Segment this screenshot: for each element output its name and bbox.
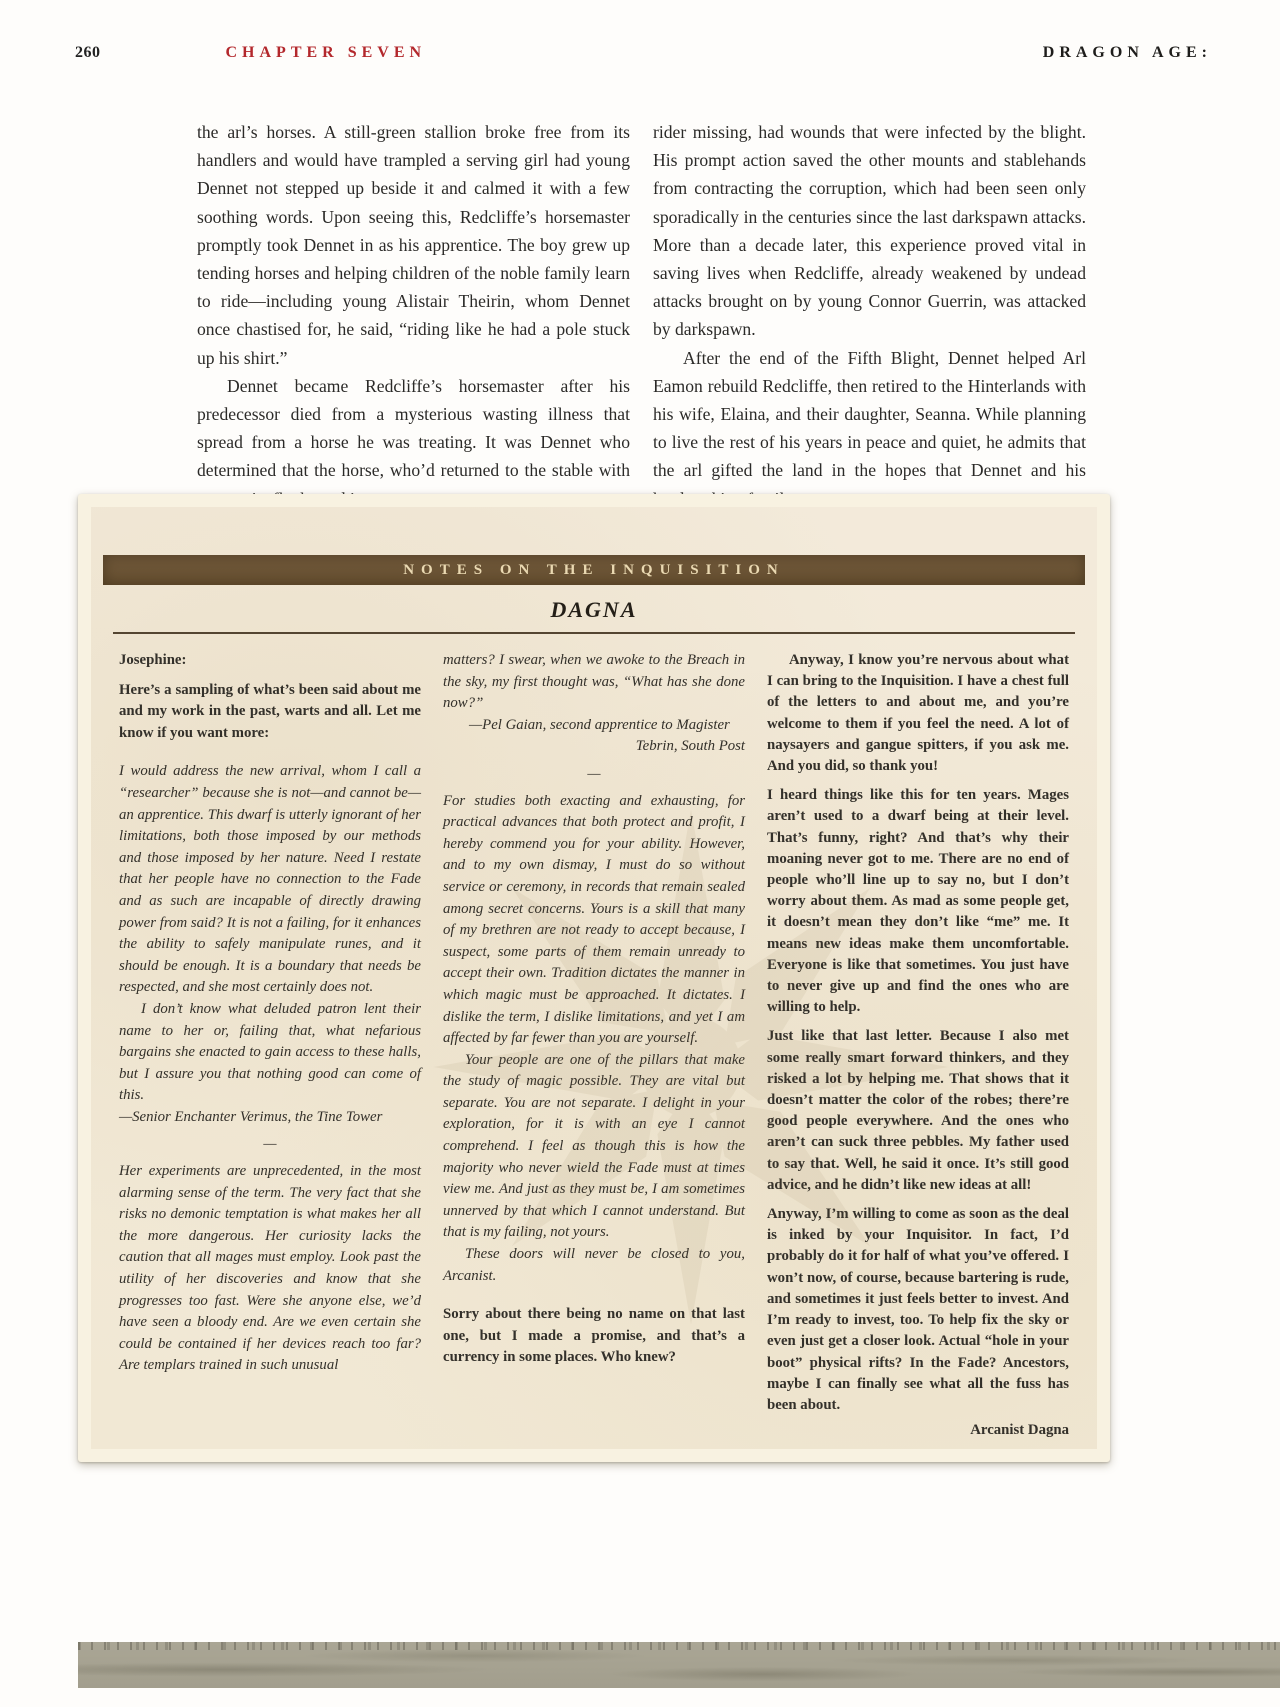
inset-column-3: Anyway, I know you’re nervous about what…	[767, 650, 1069, 1441]
section-divider: —	[443, 764, 745, 786]
note-paragraph: Sorry about there being no name on that …	[443, 1304, 745, 1369]
article-body: the arl’s horses. A still-green stallion…	[197, 118, 1086, 513]
letter-signature: Arcanist Dagna	[767, 1420, 1069, 1441]
decorative-band	[78, 1642, 1280, 1688]
inset-paper: NOTES ON THE INQUISITION DAGNA Josephine…	[91, 507, 1097, 1449]
section-divider: —	[119, 1134, 421, 1156]
article-paragraph: the arl’s horses. A still-green stallion…	[197, 118, 630, 372]
salutation: Josephine:	[119, 650, 421, 672]
chapter-heading: CHAPTER SEVEN	[226, 44, 427, 62]
page-number: 260	[75, 44, 101, 62]
article-paragraph: rider missing, had wounds that were infe…	[653, 118, 1086, 344]
article-paragraph: Dennet became Redcliffe’s horsemaster af…	[197, 372, 630, 513]
letter-paragraph: Your people are one of the pillars that …	[443, 1050, 745, 1244]
inset-column-2: matters? I swear, when we awoke to the B…	[443, 650, 745, 1441]
letter-paragraph: These doors will never be closed to you,…	[443, 1244, 745, 1287]
notes-inset-box: NOTES ON THE INQUISITION DAGNA Josephine…	[78, 494, 1110, 1462]
book-title: DRAGON AGE:	[1043, 44, 1212, 62]
inset-title: DAGNA	[91, 597, 1097, 623]
intro-paragraph: Here’s a sampling of what’s been said ab…	[119, 680, 421, 745]
inset-banner-label: NOTES ON THE INQUISITION	[403, 562, 785, 579]
title-rule	[113, 632, 1075, 634]
letter-paragraph: Her experiments are unprecedented, in th…	[119, 1161, 421, 1377]
inset-banner: NOTES ON THE INQUISITION	[103, 555, 1085, 585]
letter-signature: Tebrin, South Post	[443, 736, 745, 758]
letter-paragraph: I would address the new arrival, whom I …	[119, 761, 421, 999]
letter-signature: —Senior Enchanter Verimus, the Tine Towe…	[119, 1107, 421, 1129]
letter-signature: —Pel Gaian, second apprentice to Magiste…	[443, 715, 745, 737]
letter-paragraph: I heard things like this for ten years. …	[767, 785, 1069, 1018]
article-paragraph: After the end of the Fifth Blight, Denne…	[653, 344, 1086, 513]
article-left-column: the arl’s horses. A still-green stallion…	[197, 118, 630, 513]
letter-paragraph: matters? I swear, when we awoke to the B…	[443, 650, 745, 715]
letter-paragraph: Just like that last letter. Because I al…	[767, 1026, 1069, 1196]
inset-columns: Josephine: Here’s a sampling of what’s b…	[91, 634, 1097, 1441]
letter-paragraph: Anyway, I’m willing to come as soon as t…	[767, 1204, 1069, 1416]
article-right-column: rider missing, had wounds that were infe…	[653, 118, 1086, 513]
letter-paragraph: I don’t know what deluded patron lent th…	[119, 999, 421, 1107]
inset-column-1: Josephine: Here’s a sampling of what’s b…	[119, 650, 421, 1441]
letter-paragraph: Anyway, I know you’re nervous about what…	[767, 650, 1069, 777]
page-header: 260 CHAPTER SEVEN DRAGON AGE:	[75, 44, 1212, 62]
letter-paragraph: For studies both exacting and exhausting…	[443, 791, 745, 1050]
